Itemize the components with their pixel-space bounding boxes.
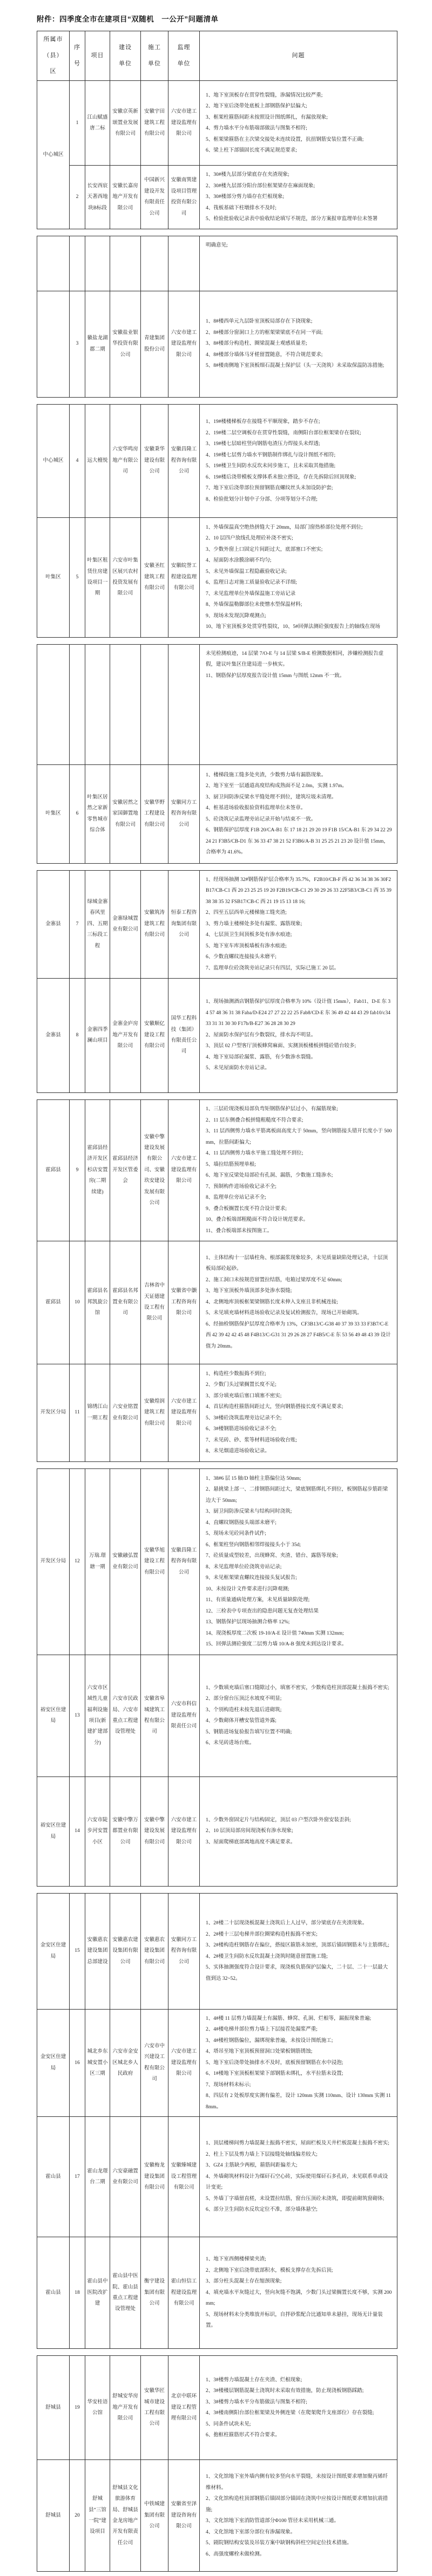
region-cell: 叶集区 [37, 764, 70, 863]
problem-line: 11、钢筋保护层厚度报告设计值 15mm 与图纸 12mm 不一致。 [206, 671, 393, 682]
problem-line: 6、抱框柱箍筋形式不符合要求。 [206, 2430, 393, 2441]
contractor-cell: 安徽中擎建设发展有限公司、安徽玖安建设发展有限公司 [141, 1099, 168, 1241]
problems-cell: 1、19#楼楼梯板存在接缝不平顺现象，踏步不存在;2、19#楼二层空调板存在贯穿… [200, 404, 397, 517]
project-cell: 霍邱县经济开发区杉店安置房(二期续建) [85, 1099, 110, 1241]
header-contractor: 施工 单位 [141, 31, 168, 81]
problem-line: 5、8#楼南侧地下室顶板细石混凝土保护层（头一天浇筑）未采取保温防冻措施; [206, 360, 393, 372]
table-row: 霍山县17霍山龙璟台二期六安豪融置业有限公司安徽梅龙建设集团有限公司安徽臻城建设… [37, 2117, 397, 2237]
table-row: 裕安区住建局13六安市区域性儿童福利设施项目(新建扩建部分)六安市民政局、六安市… [37, 1655, 397, 1776]
problem-line: 2、11 层东侧叠合板拼缝粗糙度不符合要求; [206, 1115, 393, 1126]
problem-line: 1、三层砼现浇板局部负弯矩钢筋保护层过小，有漏筋现象; [206, 1104, 393, 1115]
region-cell: 金寨县 [37, 978, 70, 1092]
problem-line: 6、1#楼地下室顶板框架梁下部钢筋未绑扎，水平拉筋未设置; [206, 2068, 393, 2080]
problem-line: 7、预制构件进场验收记录不全; [206, 1181, 393, 1193]
problem-line: 8、未见烟道进场验收记录。 [206, 1446, 393, 1457]
builder-cell: 安徽融弘置业有限公司 [110, 1468, 141, 1655]
problem-line: 3、屋面爬梯底部离地高度不满足要求。 [206, 1837, 393, 1848]
problem-line: 2、30#楼九层部分阳台部位框架梁存在麻面现象; [206, 181, 393, 192]
problem-line: 3、顶层 02 户型客厅顶板蜂窝麻面、实测顶板楼板拼缝砼错台较多; [206, 1041, 393, 1052]
problem-line: 9、叠合板搁置长度不符合设计要求; [206, 1204, 393, 1215]
problem-line: 10、未按设计文件要求进行沉降观测; [206, 1584, 393, 1595]
table-row: 霍邱县10霍邱县名邦凯旋公馆霍邱县名邦置业有限公司吉林省中天证德建设工程有限公司… [37, 1241, 397, 1364]
supervisor-cell: 恒泰工程咨询集团有限公司 [168, 870, 200, 978]
region-cell: 开发区分局 [37, 1468, 70, 1655]
problem-line: 7、监理单位砼浇筑旁站记录只有四层，实际已施工 20 层。 [206, 963, 393, 974]
problem-line: 15、回弹法测砼强度二层剪力墙 10/A-B 强度未到达设计要求。 [206, 1639, 393, 1650]
builder-cell [110, 236, 141, 291]
contractor-cell: 安徽梅龙建设集团有限公司 [141, 2117, 168, 2237]
project-cell: 金寨四季澜山项目 [85, 978, 110, 1092]
problem-line: 3、少数外窗上口固定片间距过大，底部塞口不密实; [206, 544, 393, 556]
problem-line: 2、部分窗台压顶泛水坡度不明显; [206, 1693, 393, 1705]
problem-line: 4、文化馆地下室部分部位有渗漏现象。 [206, 2527, 393, 2538]
problem-line: 9、未见框架梁直螺纹连接接头复试报告; [206, 1573, 393, 1584]
problem-line: 2、少数门头过梁搁置长度不足; [206, 1379, 393, 1391]
builder-cell: 六安豪融置业有限公司 [110, 2117, 141, 2237]
problem-line: 1、现场抽测酒店钢筋保护层厚度合格率为 10%（设计值 15mm），Fab11、… [206, 996, 393, 1030]
problem-line: 4、桩基进场验收报验资料监理单位未签章。 [206, 803, 393, 814]
problem-line: 1、经现场抽测 32#钢筋保护层合格率为 35.7%，F2B10/CB-F 西 … [206, 874, 393, 908]
contractor-cell: 安徽惠农建设集团有限公司 [141, 1893, 168, 2009]
seq-cell [70, 644, 85, 764]
table-row: 3徽盐龙湖郡二期安徽盐业银华投资有限公司青建集团股份公司六安市建工建设监理有限公… [37, 291, 397, 397]
region-cell: 金安区住建局 [37, 2009, 70, 2117]
problem-line: 4、11 层西侧剪力墙水平施工缝处理不到位; [206, 1148, 393, 1159]
header-builder: 建设 单位 [110, 31, 141, 81]
document-title: 附件：四季度全市在建项目“双随机 一公开”问题清单 [37, 13, 397, 24]
problem-line: 1、地下室西侧楼梯梁夹渣; [206, 2254, 393, 2265]
problem-line: 5、现场材料未分类堆放并标识，自拌砂浆配合比通知单未悬挂，现场无计量装置。 [206, 2309, 393, 2332]
problems-cell: 1、经现场抽测 32#钢筋保护层合格率为 35.7%，F2B10/CB-F 西 … [200, 870, 397, 978]
builder-cell: 霍邱县名邦置业有限公司 [110, 1241, 141, 1364]
problem-line: 5、现场未见砼同条件试件; [206, 1528, 393, 1540]
seq-cell: 15 [70, 1893, 85, 2009]
contractor-cell: 安徽煌润建筑工程有限公司 [141, 1364, 168, 1461]
problem-line: 1、8#楼西单元九层卧室顶板局部存在下挠现象; [206, 316, 393, 327]
region-cell: 中心城区 [37, 404, 70, 517]
builder-cell: 安徽长嘉房地产开发有限公司 [110, 166, 141, 229]
problem-line: 4、屋面防水涂膜涂刷不均匀; [206, 555, 393, 566]
supervisor-cell: 安徽臻城建设工程管理有限公司 [168, 2117, 200, 2237]
problem-line: 6、未见砖进场台账。 [206, 1738, 393, 1749]
problem-line: 明确意见; [206, 240, 393, 251]
problem-line: 2、四至五层西单元楼梯施工缝夹渣; [206, 907, 393, 919]
problem-line: 2、屋面防水保护层有少数裂纹，排水沟不明显。 [206, 1030, 393, 1041]
table-page: 霍邱县9霍邱县经济开发区杉店安置房(二期续建)霍邱县经济开发区管委会安徽中擎建设… [37, 1099, 397, 1462]
table-row: 开发区分局11锦绣江山一期工程六安业铭置业有限公司安徽煌润建筑工程有限公司六安市… [37, 1364, 397, 1461]
region-cell: 金寨县 [37, 870, 70, 978]
problem-line: 4、直螺纹钢筋接头端部未磨平; [206, 1518, 393, 1529]
problem-line: 4、填充墙水平灰缝过大，竖向灰缝不饱满，少数门头过梁搁置长度不够，实测 200m… [206, 2287, 393, 2309]
region-cell: 霍邱县 [37, 1099, 70, 1241]
problem-line: 3、11 层西侧剪力墙水平筋离板面高度大于 50mm，竖向钢筋接头错开长度小于 … [206, 1126, 393, 1148]
contractor-cell: 安徽华匠城市建设工程有限公司 [141, 2356, 168, 2460]
builder-cell: 六安市民政局、六安市重点工程建设管理处 [110, 1655, 141, 1776]
builder-cell: 安徽中擎万郡置业有限公司 [110, 1776, 141, 1886]
problem-line: 7、地下室后浇带部位预留钢筋直螺纹丝头未加设防护套; [206, 483, 393, 494]
problem-line: 4、19#楼七层剪力墙水平钢筋制作绑扎与设计图纸不相符; [206, 450, 393, 461]
table-page: 舒城县19华安桂语公馆舒城安华房地产开发有限公司安徽华匠城市建设工程有限公司北京… [37, 2355, 397, 2572]
builder-cell: 金寨金庐房地产开发有限公司 [110, 978, 141, 1092]
problems-cell: 1、文化馆地下室外墙内侧有较多竖向水平裂缝，未按设计图纸要求增加聚丙烯纤维材料。… [200, 2460, 397, 2572]
seq-cell: 16 [70, 2009, 85, 2117]
problem-line: 13、钢筋保护层现场抽测合格率 12%; [206, 1617, 393, 1628]
supervisor-cell: 安徽昌隆工程咨询有限公司 [168, 1468, 200, 1655]
problem-line: 11、叠合板端部未按图施工。 [206, 1226, 393, 1237]
problem-line: 6、19#楼后浇带模板支撑体系未独立搭设，存在先拆除后回顶现象; [206, 472, 393, 483]
seq-cell: 13 [70, 1655, 85, 1776]
project-cell: 徽盐龙湖郡二期 [85, 291, 110, 397]
builder-cell: 安徽惠农建设集团有限公司 [110, 1893, 141, 2009]
problem-line: 6、梁上柱下部锚固长度不满足规范要求; [206, 145, 393, 156]
seq-cell: 7 [70, 870, 85, 978]
region-cell [37, 291, 70, 397]
problem-line: 5、未见填充墙材料进场验收记录及复试检测报告，现场已开始砌筑。 [206, 1308, 393, 1319]
problem-line: 2、柱上下层及剪力墙上下层接缝处轴线偏差较大; [206, 2149, 393, 2161]
supervisor-cell: 安徽昌隆工程咨询有限公司 [168, 404, 200, 517]
problems-cell: 明确意见; [200, 236, 397, 291]
problem-line: 7、未见砖、砂、浆等材料进场验收台账; [206, 1435, 393, 1446]
problem-line: 3、个别构造柱未按先退后进砌筑; [206, 1705, 393, 1716]
problems-cell: 1、3#楼剪力墙混凝土存在夹渣、烂根现象;2、3#楼楼层钢筋混凝土浇筑时未采取有… [200, 2356, 397, 2460]
seq-cell: 2 [70, 166, 85, 229]
table-row: 金安区住建局15安徽惠农建设集团总部建设安徽惠农建设集团有限公司安徽惠农建设集团… [37, 1893, 397, 2009]
problem-line: 3、厨卫间防渗反梁水平缝处理不到位，建筑垃圾未清理。 [206, 792, 393, 803]
contractor-cell: 安徽华野工程建设有限公司 [141, 764, 168, 863]
seq-cell: 11 [70, 1364, 85, 1461]
project-cell [85, 236, 110, 291]
builder-cell: 舒城安华房地产开发有限公司 [110, 2356, 141, 2460]
table-page: 明确意见;3徽盐龙湖郡二期安徽盐业银华投资有限公司青建集团股份公司六安市建工建设… [37, 236, 397, 398]
builder-cell: 六安业铭置业有限公司 [110, 1364, 141, 1461]
problem-line: 11、有质量通病处理方案，未见质量缺陷处理; [206, 1595, 393, 1606]
builder-cell: 霍山县中医院、霍山县重点工程建设管理处 [110, 2237, 141, 2349]
problem-line: 1、地下室顶板存在贯穿性裂缝，渗漏情况比较严重; [206, 90, 393, 101]
project-cell: 安徽惠农建设集团总部建设 [85, 1893, 110, 2009]
table-page: 中心城区4远大檀悦六安华鸣房地产有限公司安徽秉华建设有限公司安徽昌隆工程咨询有限… [37, 404, 397, 638]
contractor-cell: 吉林省中天证德建设工程有限公司 [141, 1241, 168, 1364]
supervisor-cell: 安徽省中灏工程咨询有限公司 [168, 1241, 200, 1364]
seq-cell: 8 [70, 978, 85, 1092]
header-region: 所属市 （县） 区 [37, 31, 70, 81]
problem-line: 2、2#楼十三层电梯井部位圈梁构造柱振捣不密实; [206, 1929, 393, 1940]
region-cell: 霍山县 [37, 2117, 70, 2237]
problems-cell: 1、8#楼西单元九层卧室顶板局部存在下挠现象;2、8#楼部分窗洞口上方的框架梁梁… [200, 291, 397, 397]
problem-line: 1、4#楼 11 层剪力墙混凝土有漏筋、蜂窝、孔洞、烂根等，漏振现象普遍; [206, 2013, 393, 2025]
problem-line: 5、外墙丁字墙留直槎，未设置拉结筋，窗台压顶砼未浇筑，即提前砌筑窗砌体; [206, 2194, 393, 2205]
supervisor-cell: 安徽同方工程咨询有限公司 [168, 1893, 200, 2009]
supervisor-cell: 六安市建工建设监理有限公司 [168, 2009, 200, 2117]
table-row: 金寨县7绿城金寨春风里四、五期三标段工程金寨绿城置业有限公司安徽筑涛建筑工程有限… [37, 870, 397, 978]
table-row: 裕安区住建局14六安市陡步河安置小区安徽中擎万郡置业有限公司安徽中擎建设发展有限… [37, 1776, 397, 1886]
problem-line: 2、8#楼部分窗洞口上方的框架梁梁底不在同一平面; [206, 327, 393, 339]
builder-cell: 霍邱县经济开发区管委会 [110, 1099, 141, 1241]
supervisor-cell: 六安市建工建设监理有限公司 [168, 1776, 200, 1886]
problem-line: 8、外墙保温勒脚部位未使憎水型保温材料; [206, 599, 393, 611]
contractor-cell: 安徽秉华建设有限公司 [141, 404, 168, 517]
problem-line: 6、框架柱竖向钢筋相邻焊接接头小于 35d; [206, 1540, 393, 1551]
problem-line: 6、3#楼钢筋进场验收记录不全; [206, 1424, 393, 1435]
project-cell: 绿城金寨春风里四、五期三标段工程 [85, 870, 110, 978]
project-cell: 万瑞.璟瑭一期 [85, 1468, 110, 1655]
problem-line: 5、检验批验收记录表中验收结论填写不规范，部分方案报审监理单位未签署 [206, 214, 393, 225]
problem-line: 1、少数填充墙后塞口缝隙过小，填塞不密实，少数构造柱顶部混凝土振捣不密实; [206, 1683, 393, 1694]
problem-line: 3、厨卫间防渗反梁未与结构同时浇筑; [206, 1506, 393, 1518]
region-cell: 霍山县 [37, 2237, 70, 2349]
problem-line: 4、七层顶卫生间顶板多处有渗水痕迹; [206, 930, 393, 941]
seq-cell: 18 [70, 2237, 85, 2349]
problem-line: 2、悬挑梁上部一、二排钢筋间距过大，梁底钢筋绑扎不到位，板钢筋起步筋距梁边大于 … [206, 1484, 393, 1506]
supervisor-cell: 北京中联环建设工程管理有限公司 [168, 2356, 200, 2460]
table-row: 明确意见; [37, 236, 397, 291]
problem-line: 8、未见监理单位砼浇筑旁站记录; [206, 1562, 393, 1573]
problem-line: 4、塔吊至地下室顶板预留洞口处梁板钢筋锈蚀; [206, 2046, 393, 2058]
supervisor-cell: 六安市科信建设监理有限责任公司 [168, 1655, 200, 1776]
problem-line: 4、筏板基础下柱墩排水不及时; [206, 203, 393, 214]
builder-cell [110, 644, 141, 764]
problems-cell: 未见检测痕迹，14 层梁 7/O-E 与 14 层梁 S/B-E 检测数据相同，… [200, 644, 397, 764]
problem-line: 5、地下室车库顶板墙板有渗水痕迹; [206, 941, 393, 952]
seq-cell: 10 [70, 1241, 85, 1364]
project-cell: 舒城县“三馆一院”建设项目 [85, 2460, 110, 2572]
table-row: 霍邱县9霍邱县经济开发区杉店安置房(二期续建)霍邱县经济开发区管委会安徽中擎建设… [37, 1099, 397, 1241]
problems-cell: 1、4#楼 11 层剪力墙混凝土有漏筋、蜂窝、孔洞、烂根等，漏振现象普遍;2、4… [200, 2009, 397, 2117]
problems-cell: 1、楼梯段施工缝多处夹渣，少数剪力墙有漏筋现象。2、地下室至一层通道高度结构成熟… [200, 764, 397, 863]
problem-line: 4、2#楼卫生间防水反坎混凝土浇筑时随意留置施工缝; [206, 1951, 393, 1963]
problem-line: 4、首层构造柱箍筋间距过大，竖向钢筋搭接长度不满足要求; [206, 1402, 393, 1413]
supervisor-cell: 安徽南巽建设项目管理投资有限公司 [168, 166, 200, 229]
seq-cell: 6 [70, 764, 85, 863]
region-cell: 开发区分局 [37, 1364, 70, 1461]
project-cell: 城北乡东城安置小区三期 [85, 2009, 110, 2117]
problem-line: 2、文化馆构造柱顶部钢筋后锚固部分锚固在浇筑中应按设计图纸要求增加抗震措施; [206, 2493, 393, 2516]
problem-line: 6、钢筋保护层厚度 F1B 20/CA-B1 东 17 18 21 29 20 … [206, 825, 393, 858]
problem-line: 3、文化馆地下室消防管道部分Φ100 管径未采用机械三通。 [206, 2516, 393, 2527]
header-problem: 问题 [200, 31, 397, 81]
problem-line: 3、部分填充墙后塞口填塞不密实; [206, 1391, 393, 1402]
builder-cell: 金寨绿城置业有限公司 [110, 870, 141, 978]
problem-line: 5、同条件试块未见; [206, 2419, 393, 2430]
builder-cell: 舒城县文化旅游体育局、舒城县金龙房地产开发有限责任公司 [110, 2460, 141, 2572]
problem-line: 5、墙拉结筋预埋单根; [206, 1159, 393, 1171]
problem-line: 1、文化馆地下室外墙内侧有较多竖向水平裂缝，未按设计图纸要求增加聚丙烯纤维材料。 [206, 2471, 393, 2493]
contractor-cell [141, 236, 168, 291]
problem-line: 4、3#楼南侧阳台部位框架梁及外侧连梁（在爬架爬升支座部位）存在裂缝; [206, 2408, 393, 2419]
problem-line: 5、框架梁箍筋在主次梁交接处未连续设置，抗扭钢筋安装位置不正确; [206, 134, 393, 146]
problem-line: 4、外墙砌筑材料设计为煤矸石空心砖，实际使用煤矸石多孔砖，未见联系单或设计变更; [206, 2171, 393, 2194]
table-row: 霍山县18霍山县中医院改扩建霍山县中医院、霍山县重点工程建设管理处衡宇建设集团有… [37, 2237, 397, 2349]
problem-line: 1、主体结构十一层墙柱角、根部漏浆现象较多，未见质量缺陷处理记录，十层顶板局部砼… [206, 1253, 393, 1275]
builder-cell: 六安市叶集区展兴农村投资发展有限公司 [110, 517, 141, 637]
table-row: 金安区住建局16城北乡东城安置小区三期六安市金安区城北乡人民政府六安市中兴建设工… [37, 2009, 397, 2117]
contractor-cell: 衡宇建设集团有限公司 [141, 2237, 168, 2349]
problem-line: 3、30#楼部分剪力墙存在烂根现象; [206, 192, 393, 203]
region-cell [37, 644, 70, 764]
table-row: 中心城区1江山赋盛唐二标安徽京英新颂置业发展有限公司安徽宇田建筑工程有限公司六安… [37, 81, 397, 166]
contractor-cell: 安徽筑涛建筑工程有限公司 [141, 870, 168, 978]
problem-line: 5、19#楼卫生间防水反坎未同步施工，且未采取其他措施; [206, 461, 393, 472]
table-row: 2长安西宸天著西地块B标段安徽长嘉房地产开发有限公司中国新兴建设开发有限责任公司… [37, 166, 397, 229]
problem-line: 3、8#楼部分构造柱、圈梁混凝土观感质量差; [206, 338, 393, 350]
problem-line: 3、部分柱头混凝土存在缩颈现象; [206, 2276, 393, 2287]
seq-cell: 1 [70, 81, 85, 166]
contractor-cell: 中铁城建集团有限公司 [141, 2460, 168, 2572]
table-row: 舒城县19华安桂语公馆舒城安华房地产开发有限公司安徽华匠城市建设工程有限公司北京… [37, 2356, 397, 2460]
contractor-cell: 安徽省皋城建筑工程有限公司 [141, 1655, 168, 1776]
problem-line: 5、未见外墙保温工程隐蔽验收记录; [206, 566, 393, 578]
seq-cell: 9 [70, 1099, 85, 1241]
problem-line: 1、构造柱少数振捣不到位; [206, 1369, 393, 1380]
contractor-cell: 安徽华旭建设工程有限公司 [141, 1468, 168, 1655]
table-row: 中心城区4远大檀悦六安华鸣房地产有限公司安徽秉华建设有限公司安徽昌隆工程咨询有限… [37, 404, 397, 517]
builder-cell: 安徽居然之家国御置地有限公司 [110, 764, 141, 863]
problem-line: 3、剪力墙主楼梯处多处有漏浆、露筋现象; [206, 919, 393, 930]
problem-line: 1、30#楼九层部分梁底存在夹渣现象; [206, 169, 393, 181]
problem-line: 5、3#楼砼浇筑监理旁边记录不全; [206, 1413, 393, 1424]
project-cell [85, 644, 110, 764]
problem-line: 6、经抽检钢筋保护层厚度合格率为 13%，CF3B13/C-G38 40 37 … [206, 1319, 393, 1352]
contractor-cell [141, 644, 168, 764]
problems-cell: 1、三层砼现浇板局部负弯矩钢筋保护层过小，有漏筋现象;2、11 层东侧叠合板拼缝… [200, 1099, 397, 1241]
document-pages: 所属市 （县） 区序 号项目建设 单位施工 单位监理 单位问题中心城区1江山赋盛… [37, 31, 397, 2572]
table-row: 金寨县8金寨四季澜山项目金寨金庐房地产开发有限公司安徽顺亿建设工程有限公司国华工… [37, 978, 397, 1092]
region-cell: 舒城县 [37, 2460, 70, 2572]
project-cell: 霍山县中医院改扩建 [85, 2237, 110, 2349]
problems-cell: 1、2#楼二十层现浇板混凝土浇筑后上人过早，部分梁底存在夹渣现象。2、2#楼十三… [200, 1893, 397, 2009]
table-page: 开发区分局12万瑞.璟瑭一期安徽融弘置业有限公司安徽华旭建设工程有限公司安徽昌隆… [37, 1468, 397, 1887]
contractor-cell: 安徽圣红建筑工程有限公司 [141, 517, 168, 637]
problems-cell: 1、现场抽测酒店钢筋保护层厚度合格率为 10%（设计值 15mm），Fab11、… [200, 978, 397, 1092]
supervisor-cell: 国华工程科技（集团）有限责任公司 [168, 978, 200, 1092]
seq-cell: 20 [70, 2460, 85, 2572]
table-row: 未见检测痕迹，14 层梁 7/O-E 与 14 层梁 S/B-E 检测数据相同，… [37, 644, 397, 764]
problem-line: 8、检验批划分计划中子分部、分项等划分不合理; [206, 494, 393, 505]
project-cell: 叶集区居然之家新零售城市综合体 [85, 764, 110, 863]
builder-cell: 六安华鸣房地产有限公司 [110, 404, 141, 517]
problem-line: 3、框架柱箍筋间距未按照设计图纸绑扎，有漏放现象; [206, 112, 393, 124]
project-cell: 远大檀悦 [85, 404, 110, 517]
supervisor-cell: 安徽省至泽建设咨询有限公司 [168, 2460, 200, 2572]
problem-line: 3、3#楼剪力墙水平分布筋做法与图集不相符; [206, 2397, 393, 2408]
supervisor-cell: 霍山恒信工程建设监理有限公司 [168, 2237, 200, 2349]
problems-cell: 1、地下室顶板存在贯穿性裂缝，渗漏情况比较严重;2、地下室后浇带处底板上部钢筋保… [200, 81, 397, 166]
header-row: 所属市 （县） 区序 号项目建设 单位施工 单位监理 单位问题 [37, 31, 397, 81]
seq-cell: 3 [70, 291, 85, 397]
region-cell: 金安区住建局 [37, 1893, 70, 2009]
problems-cell: 1、外墙保温真空绝热拼缝大于 20mm，局部门窗热桥部位处理不到位;2、10 层… [200, 517, 397, 637]
contractor-cell: 安徽宇田建筑工程有限公司 [141, 81, 168, 166]
table-page: 所属市 （县） 区序 号项目建设 单位施工 单位监理 单位问题中心城区1江山赋盛… [37, 31, 397, 229]
table-row: 叶集区5叶集区租赁住房建设项目一期六安市叶集区展兴农村投资发展有限公司安徽圣红建… [37, 517, 397, 637]
seq-cell [70, 236, 85, 291]
problem-line: 2、3#楼楼层钢筋混凝土浇筑时未采取有效措施，防止现浇板钢筋踩踏; [206, 2386, 393, 2397]
builder-cell: 安徽盐业银华投资有限公司 [110, 291, 141, 397]
header-supervisor: 监理 单位 [168, 31, 200, 81]
supervisor-cell: 安徽同方工程咨询有限公司 [168, 764, 200, 863]
region-cell [37, 236, 70, 291]
problem-line: 1、2#楼二十层现浇板混凝土浇筑后上人过早，部分梁底存在夹渣现象。 [206, 1918, 393, 1929]
region-cell: 霍邱县 [37, 1241, 70, 1364]
problem-line: 4、地下室局部砼漏浆、露筋，有少数渗水裂缝。 [206, 1052, 393, 1063]
project-cell: 六安市陡步河安置小区 [85, 1776, 110, 1886]
problem-line: 4、8#楼部分墙体马牙槎留置随意，不符合规范要求; [206, 350, 393, 361]
problem-line: 2、地下室后浇带处底板上部钢筋保护层偏大; [206, 101, 393, 112]
table-row: 开发区分局12万瑞.璟瑭一期安徽融弘置业有限公司安徽华旭建设工程有限公司安徽昌隆… [37, 1468, 397, 1655]
project-cell: 江山赋盛唐二标 [85, 81, 110, 166]
problem-line: 3、GZ4 主筋缺少两根，箍筋间距偏差大; [206, 2160, 393, 2171]
contractor-cell: 六安市中兴建设工程有限公司 [141, 2009, 168, 2117]
problems-cell: 1、少数填充墙后塞口缝隙过小，填塞不密实，少数构造柱顶部混凝土振捣不密实;2、部… [200, 1655, 397, 1776]
supervisor-cell: 六安市建工建设监理有限公司 [168, 1099, 200, 1241]
region-cell: 裕安区住建局 [37, 1655, 70, 1776]
problems-cell: 1、38#6 层 15 轴/D 轴柱主筋偏位达 50mm;2、悬挑梁上部一、二排… [200, 1468, 397, 1655]
table-row: 舒城县20舒城县“三馆一院”建设项目舒城县文化旅游体育局、舒城县金龙房地产开发有… [37, 2460, 397, 2572]
region-cell: 叶集区 [37, 517, 70, 637]
problem-line: 3、地下室顶板外墙顶部多处渗水裂缝; [206, 1286, 393, 1297]
project-cell: 霍山龙璟台二期 [85, 2117, 110, 2237]
region-cell: 裕安区住建局 [37, 1776, 70, 1886]
problem-line: 5、实体抽测强度符合设计要求，现浇板负筋保护层偏大，二十层、二十一层最大值到达 … [206, 1962, 393, 1984]
problem-line: 12、三检表中专项查出的隐患问题无复查处理结果 [206, 1606, 393, 1617]
problem-line: 2、施工洞口未按规范留置拉结筋，电箱过梁厚度不足 60mm; [206, 1275, 393, 1286]
problem-line: 2、10 层四户放线孔处理砼补浇不密实; [206, 533, 393, 544]
document-root: 附件：四季度全市在建项目“双随机 一公开”问题清单 所属市 （县） 区序 号项目… [0, 0, 432, 2576]
problem-line: 3、2#楼构造柱钢筋存在偏位，搭接区箍筋未加密，顶部后锚固钢筋未与主筋绑扎; [206, 1940, 393, 1951]
seq-cell: 17 [70, 2117, 85, 2237]
problem-line: 2、10 层顶局部房间现浇板有渗水现象; [206, 1826, 393, 1837]
problem-line: 4、剪力墙水平分布筋端部做法与图集不相符; [206, 123, 393, 134]
problem-line: 8、四层有 2 处板厚度实测有偏差，设计 120mm 实测 110mm、设计 1… [206, 2090, 393, 2113]
problems-cell: 1、少数外窗固定片与结构固定，顶层 03 户型次卧外窗安装歪斜;2、10 层顶局… [200, 1776, 397, 1886]
seq-cell: 19 [70, 2356, 85, 2460]
seq-cell: 12 [70, 1468, 85, 1655]
problem-line: 7、现场材料未标示; [206, 2080, 393, 2091]
problem-line: 7、砼质量成型较差，出现蜂窝、夹渣、错台、露筋等现象; [206, 1550, 393, 1562]
header-project: 项目 [85, 31, 110, 81]
table-page: 金寨县7绿城金寨春风里四、五期三标段工程金寨绿城置业有限公司安徽筑涛建筑工程有限… [37, 870, 397, 1093]
problem-line: 8、监理单位旁站记录不全; [206, 1192, 393, 1204]
contractor-cell: 安徽顺亿建设工程有限公司 [141, 978, 168, 1092]
seq-cell: 4 [70, 404, 85, 517]
problem-line: 5、未见屋面防水旁站记录。 [206, 1063, 393, 1074]
problems-cell: 1、30#楼九层部分梁底存在夹渣现象;2、30#楼九层部分阳台部位框架梁存在麻面… [200, 166, 397, 229]
supervisor-cell: 安徽皖誉工程建设监理有限公司 [168, 517, 200, 637]
problems-cell: 1、地下室西侧楼梯梁夹渣;2、北侧地下室后浇带底部积水，模板支撑存在先拆后顶;3… [200, 2237, 397, 2349]
contractor-cell: 青建集团股份公司 [141, 291, 168, 397]
problem-line: 14、现浇板厚度二次板 19-10/A-E 设计值 740mm 实测 132mm… [206, 1628, 393, 1639]
contractor-cell: 中国新兴建设开发有限责任公司 [141, 166, 168, 229]
table-page: 未见检测痕迹，14 层梁 7/O-E 与 14 层梁 S/B-E 检测数据相同，… [37, 644, 397, 864]
problem-line: 6、部分卫生间防水反坎定位不准，部分墙体悬空; [206, 2204, 393, 2216]
project-cell: 叶集区租赁住房建设项目一期 [85, 517, 110, 637]
supervisor-cell [168, 644, 200, 764]
project-cell: 锦绣江山一期工程 [85, 1364, 110, 1461]
problems-cell: 1、主体结构十一层墙柱角、根部漏浆现象较多，未见质量缺陷处理记录，十层顶板局部砼… [200, 1241, 397, 1364]
problem-line: 5、钢筋进场复验报告填写位置不明确; [206, 1727, 393, 1738]
problem-line: 1、外墙保温真空绝热拼缝大于 20mm，局部门窗热桥部位处理不到位; [206, 522, 393, 534]
region-cell: 舒城县 [37, 2356, 70, 2460]
supervisor-cell [168, 236, 200, 291]
problem-line: 1、38#6 层 15 轴/D 轴柱主筋偏位达 50mm; [206, 1473, 393, 1485]
problem-line: 6、高强度螺栓未做检测。 [206, 2549, 393, 2560]
problem-line: 10、地下室顶板多处贯穿性裂纹，10、5#回弹法测砼强度报告上的轴线在现场 [206, 621, 393, 633]
problem-line: 1、楼梯段施工缝多处夹渣，少数剪力墙有漏筋现象。 [206, 770, 393, 781]
problem-line: 3、19#楼七层暗柱竖向钢筋电渣压力焊接头未焊透; [206, 439, 393, 450]
supervisor-cell: 六安市建工建设监理有限公司 [168, 81, 200, 166]
table-row: 叶集区6叶集区居然之家新零售城市综合体安徽居然之家国御置地有限公司安徽华野工程建… [37, 764, 397, 863]
supervisor-cell: 六安市建工建设监理有限公司 [168, 291, 200, 397]
builder-cell: 安徽京英新颂置业发展有限公司 [110, 81, 141, 166]
